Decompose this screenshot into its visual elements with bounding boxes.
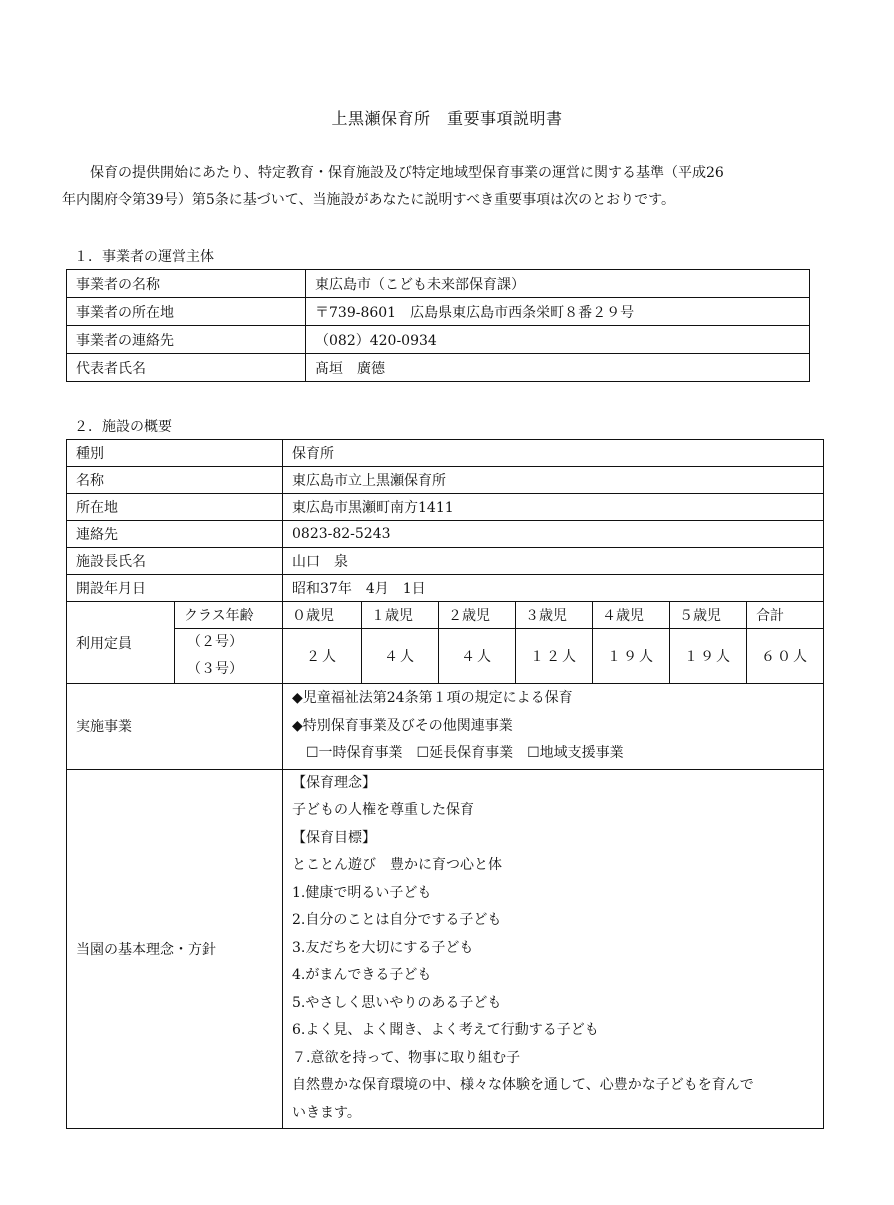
philosophy-label: 当園の基本理念・方針 xyxy=(67,769,283,1129)
row-label: 事業者の名称 xyxy=(67,270,306,298)
count-cell: １９人 xyxy=(593,629,670,684)
count-cell: ４人 xyxy=(362,629,439,684)
section1-heading: １．事業者の運営主体 xyxy=(74,246,214,266)
row-value: 〒739-8601 広島県東広島市西条栄町８番２９号 xyxy=(306,298,810,326)
age-header: １歳児 xyxy=(362,602,439,629)
row-value: 髙垣 廣德 xyxy=(306,354,810,382)
age-header: ２歳児 xyxy=(439,602,516,629)
row-label: 連絡先 xyxy=(67,521,283,548)
philosophy-line: 2.自分のことは自分でする子ども xyxy=(292,907,823,935)
philosophy-line: 5.やさしく思いやりのある子ども xyxy=(292,990,823,1018)
philosophy-line: 子どもの人権を尊重した保育 xyxy=(292,797,823,825)
age-header: ３歳児 xyxy=(516,602,593,629)
table-row: 所在地 東広島市黒瀬町南方1411 xyxy=(67,494,824,521)
row-label: 代表者氏名 xyxy=(67,354,306,382)
row-value: （082）420-0934 xyxy=(306,326,810,354)
table-row: 事業者の所在地 〒739-8601 広島県東広島市西条栄町８番２９号 xyxy=(67,298,810,326)
row-label: 種別 xyxy=(67,440,283,467)
count-cell: ４人 xyxy=(439,629,516,684)
age-header: ５歳児 xyxy=(670,602,747,629)
row-value: 0823-82-5243 xyxy=(283,521,824,548)
row-label: 開設年月日 xyxy=(67,575,283,602)
philosophy-line: ７.意欲を持って、物事に取り組む子 xyxy=(292,1045,823,1073)
service-line: ◆特別保育事業及びその他関連事業 xyxy=(292,713,823,741)
operator-table: 事業者の名称 東広島市（こども未来部保育課） 事業者の所在地 〒739-8601… xyxy=(66,269,810,382)
services-content: ◆児童福祉法第24条第１項の規定による保育 ◆特別保育事業及びその他関連事業 ☐… xyxy=(283,684,824,770)
table-row: 施設長氏名 山口 泉 xyxy=(67,548,824,575)
class-age-label: クラス年齢 xyxy=(175,602,283,629)
table-row: 名称 東広島市立上黒瀬保育所 xyxy=(67,467,824,494)
row-label: 名称 xyxy=(67,467,283,494)
intro-paragraph: 保育の提供開始にあたり、特定教育・保育施設及び特定地域型保育事業の運営に関する基… xyxy=(76,160,826,214)
age-header: 合計 xyxy=(747,602,824,629)
philosophy-line: 【保育理念】 xyxy=(292,770,823,798)
row-label: 所在地 xyxy=(67,494,283,521)
age-header: ４歳児 xyxy=(593,602,670,629)
row-label: 事業者の所在地 xyxy=(67,298,306,326)
service-line: ☐一時保育事業 ☐延長保育事業 ☐地域支援事業 xyxy=(292,740,823,768)
count-cell: １９人 xyxy=(670,629,747,684)
capacity-label: 利用定員 xyxy=(67,602,175,684)
row-value: 山口 泉 xyxy=(283,548,824,575)
age-header: ０歳児 xyxy=(283,602,362,629)
philosophy-line: 6.よく見、よく聞き、よく考えて行動する子ども xyxy=(292,1017,823,1045)
philosophy-content: 【保育理念】 子どもの人権を尊重した保育 【保育目標】 とことん遊び 豊かに育つ… xyxy=(283,769,824,1129)
philosophy-line: 自然豊かな保育環境の中、様々な体験を通して、心豊かな子どもを育んで xyxy=(292,1072,823,1100)
row-label: 事業者の連絡先 xyxy=(67,326,306,354)
service-line: ◆児童福祉法第24条第１項の規定による保育 xyxy=(292,685,823,713)
count-cell: ２人 xyxy=(283,629,362,684)
type-labels: （２号） （３号） xyxy=(175,629,283,684)
intro-line-2: 年内閣府令第39号）第5条に基づいて、当施設があなたに説明すべき重要事項は次のと… xyxy=(76,187,826,214)
philosophy-line: とことん遊び 豊かに育つ心と体 xyxy=(292,852,823,880)
type-label-2: （２号） xyxy=(187,629,282,656)
section2-heading: ２．施設の概要 xyxy=(74,416,172,436)
document-title: 上黒瀬保育所 重要事項説明書 xyxy=(0,106,894,129)
capacity-header-row: 利用定員 クラス年齢 ０歳児 １歳児 ２歳児 ３歳児 ４歳児 ５歳児 合計 xyxy=(67,602,824,629)
table-row: 代表者氏名 髙垣 廣德 xyxy=(67,354,810,382)
table-row: 事業者の名称 東広島市（こども未来部保育課） xyxy=(67,270,810,298)
row-value: 東広島市立上黒瀬保育所 xyxy=(283,467,824,494)
row-value: 保育所 xyxy=(283,440,824,467)
philosophy-line: 4.がまんできる子ども xyxy=(292,962,823,990)
capacity-count-row: （２号） （３号） ２人 ４人 ４人 １２人 １９人 １９人 ６０人 xyxy=(67,629,824,684)
intro-line-1: 保育の提供開始にあたり、特定教育・保育施設及び特定地域型保育事業の運営に関する基… xyxy=(76,160,826,187)
table-row: 連絡先 0823-82-5243 xyxy=(67,521,824,548)
philosophy-row: 当園の基本理念・方針 【保育理念】 子どもの人権を尊重した保育 【保育目標】 と… xyxy=(67,769,824,1129)
count-cell: ６０人 xyxy=(747,629,824,684)
philosophy-line: 1.健康で明るい子ども xyxy=(292,880,823,908)
facility-table: 種別 保育所 名称 東広島市立上黒瀬保育所 所在地 東広島市黒瀬町南方1411 … xyxy=(66,439,824,1129)
row-value: 昭和37年 4月 1日 xyxy=(283,575,824,602)
row-value: 東広島市（こども未来部保育課） xyxy=(306,270,810,298)
row-label: 施設長氏名 xyxy=(67,548,283,575)
philosophy-line: いきます。 xyxy=(292,1100,823,1128)
table-row: 開設年月日 昭和37年 4月 1日 xyxy=(67,575,824,602)
count-cell: １２人 xyxy=(516,629,593,684)
type-label-3: （３号） xyxy=(187,656,282,683)
philosophy-line: 3.友だちを大切にする子ども xyxy=(292,935,823,963)
table-row: 種別 保育所 xyxy=(67,440,824,467)
row-value: 東広島市黒瀬町南方1411 xyxy=(283,494,824,521)
services-label: 実施事業 xyxy=(67,684,283,770)
philosophy-line: 【保育目標】 xyxy=(292,825,823,853)
services-row: 実施事業 ◆児童福祉法第24条第１項の規定による保育 ◆特別保育事業及びその他関… xyxy=(67,684,824,770)
table-row: 事業者の連絡先 （082）420-0934 xyxy=(67,326,810,354)
